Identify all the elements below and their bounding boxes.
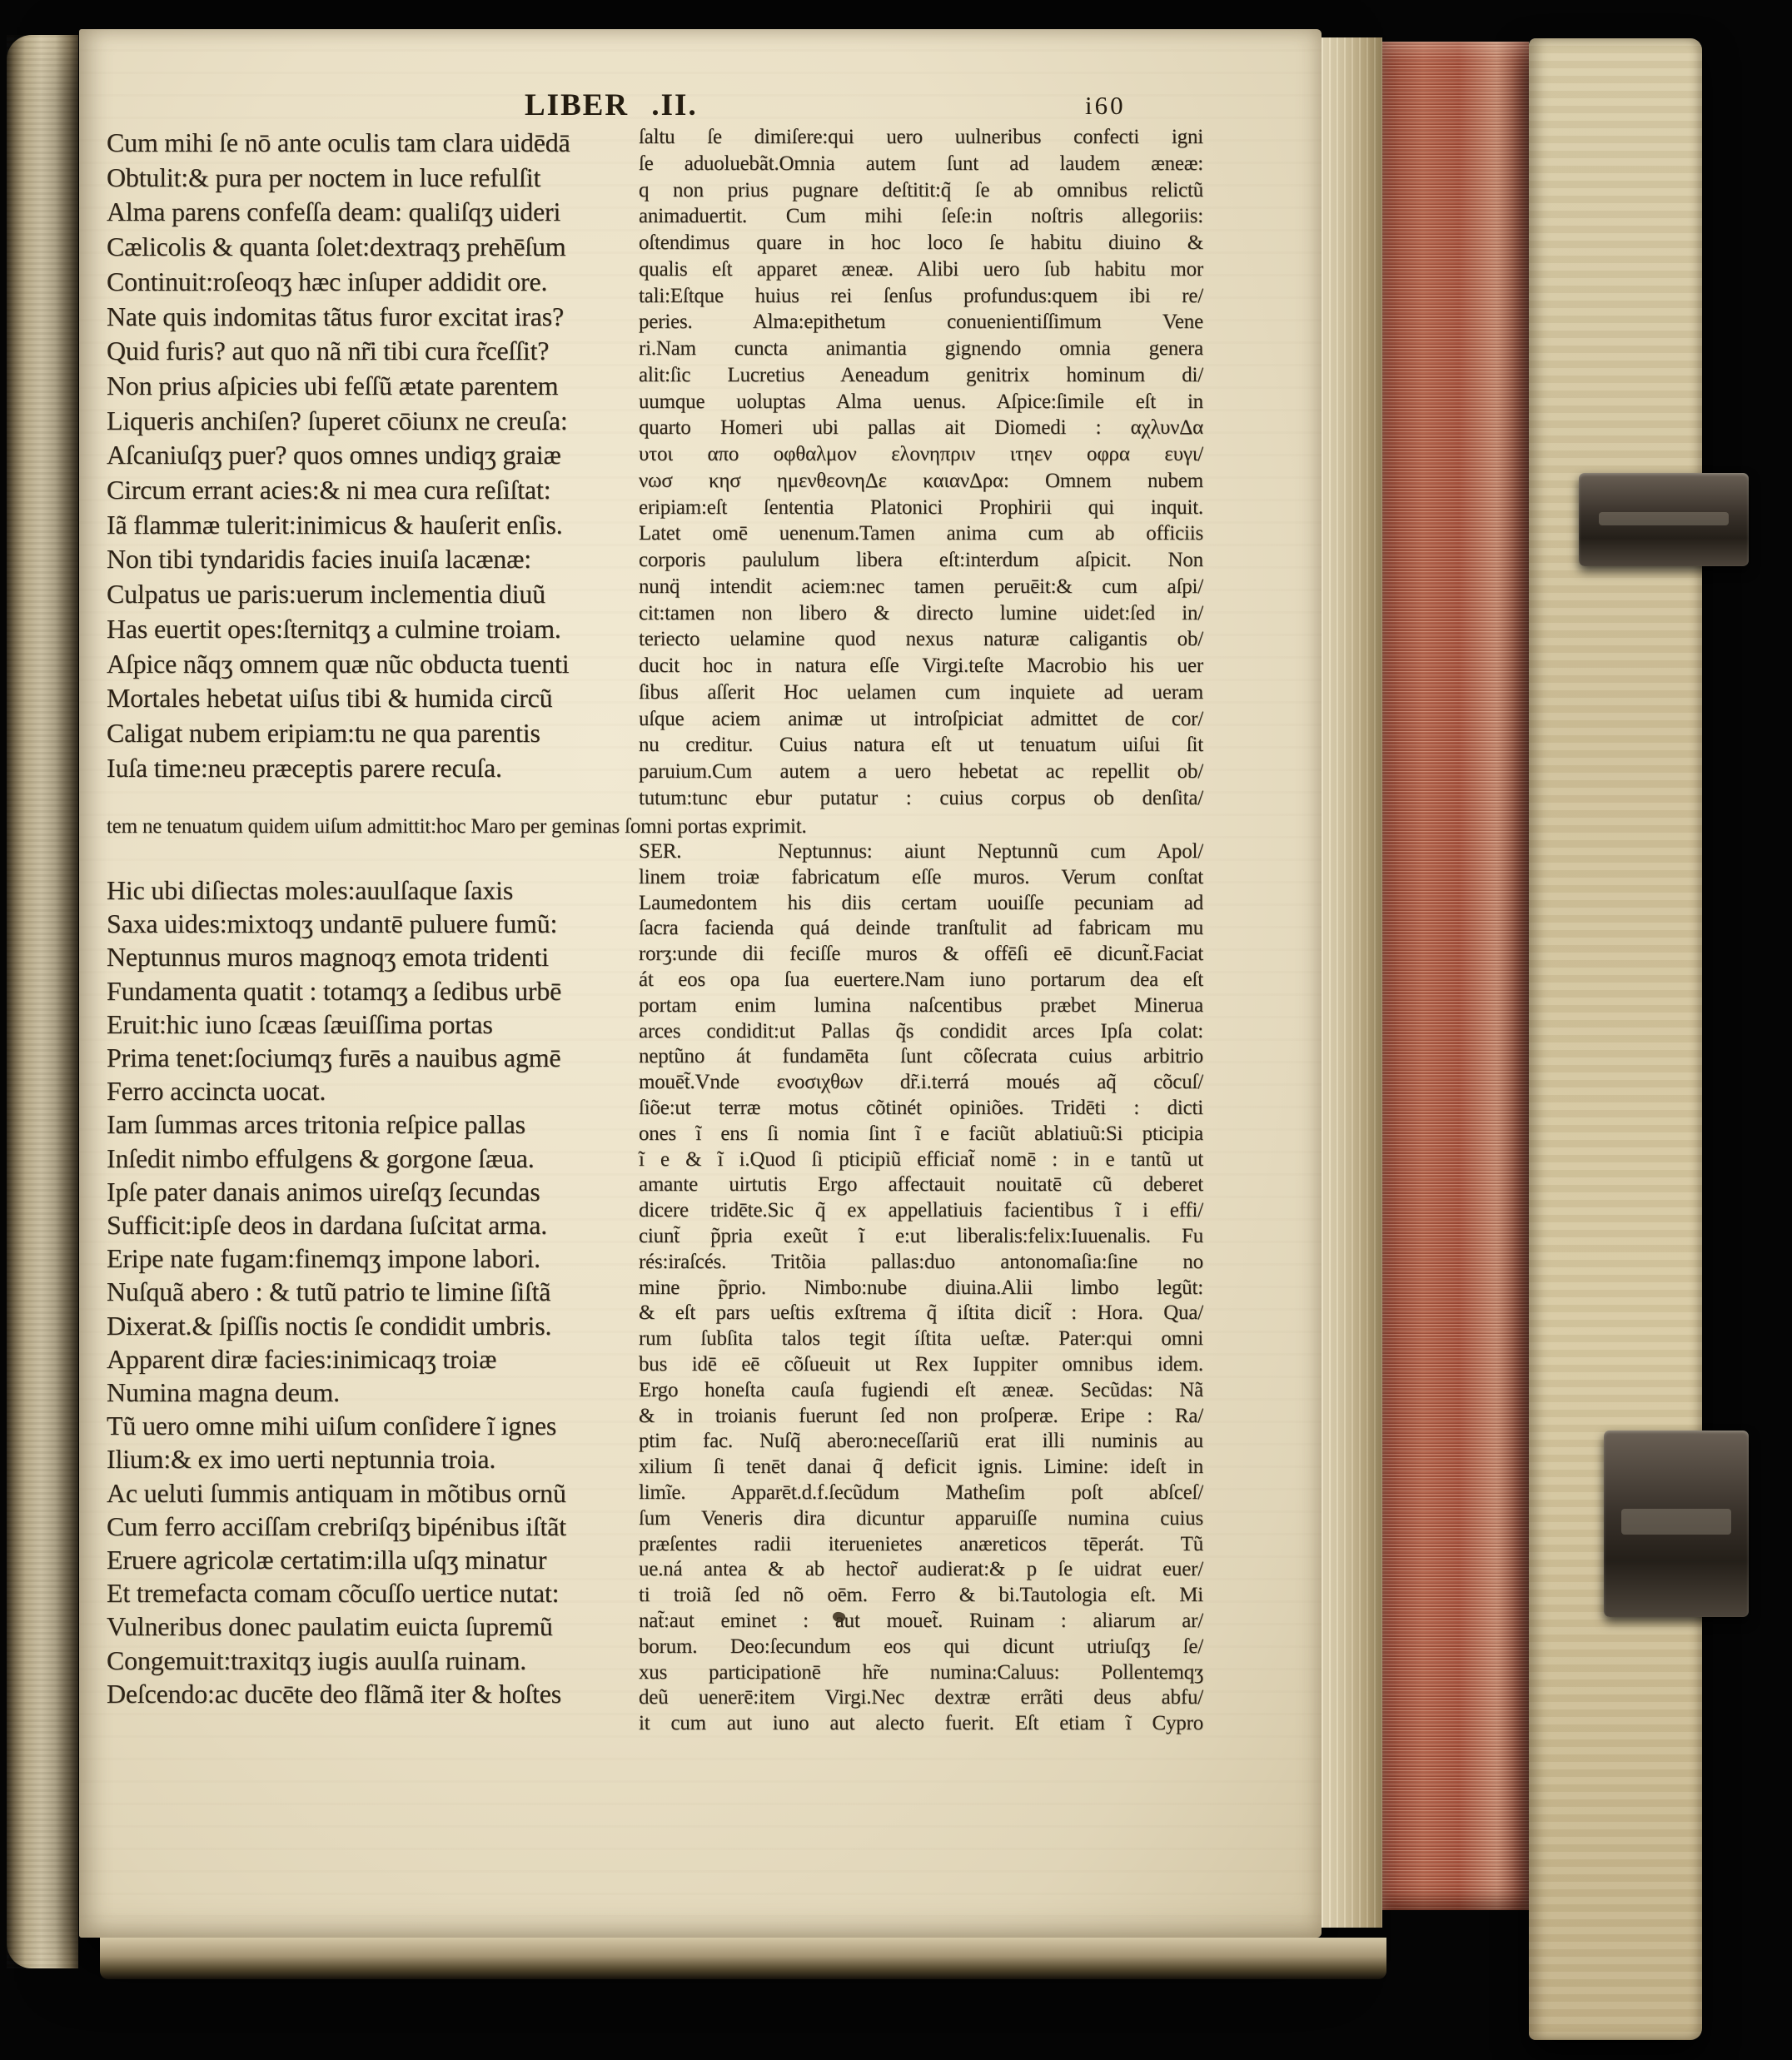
text-line: Nate quis indomitas tãtus furor excitat … — [107, 300, 570, 335]
verse-column-upper: Cum mihi ſe nō ante oculis tam clara uid… — [107, 126, 570, 785]
text-line: Inſedit nimbo effulgens & gorgone ſæua. — [107, 1142, 566, 1175]
text-line: Culpatus ue paris:uerum inclementia diuũ — [107, 577, 570, 612]
text-line: ſacra facienda quá deinde tranſtulit ad … — [639, 916, 1203, 942]
fore-edge-red — [1382, 42, 1529, 1910]
vellum-binding — [1529, 38, 1702, 2040]
text-line: Eruit:hic iuno ſcæas ſæuiſſima portas — [107, 1008, 566, 1041]
text-line: Cum mihi ſe nō ante oculis tam clara uid… — [107, 126, 570, 161]
folio-number: i60 — [1085, 91, 1126, 121]
text-line: Ilium:& ex imo uerti neptunnia troia. — [107, 1442, 566, 1475]
text-line: Non tibi tyndaridis facies inuiſa lacænæ… — [107, 542, 570, 577]
text-line: animaduertit. Cum mihi ſeſe:in noſtris a… — [639, 203, 1203, 230]
facing-page-edge — [7, 35, 78, 1968]
text-line: Alma parens confeſſa deam: qualiſqʒ uide… — [107, 195, 570, 230]
text-line: linem troiæ fabricatum eſſe muros. Verum… — [639, 865, 1203, 891]
text-line: corporis paululum libera eſt:interdum aſ… — [639, 547, 1203, 574]
text-line: Vulneribus donec paulatim euicta ſupremũ — [107, 1610, 566, 1643]
text-line: ducit hoc in natura eſſe Virgi.teſte Mac… — [639, 653, 1203, 679]
text-line: teriecto uelamine quod nexus naturæ cali… — [639, 626, 1203, 653]
text-line: Aſpice nãqʒ omnem quæ nũc obducta tuenti — [107, 647, 570, 682]
text-line: quarto Homeri ubi pallas ait Diomedi : α… — [639, 415, 1203, 441]
text-line: oſtendimus quare in hoc loco ſe habitu d… — [639, 230, 1203, 256]
text-line: rum ſubſita talos tegit íſtita ueſtæ. Pa… — [639, 1326, 1203, 1352]
text-line: νωσ κησ ημενθεονηΔε καιανΔρα: Omnem nube… — [639, 468, 1203, 495]
text-line: Cælicolis & quanta ſolet:dextraqʒ prehēſ… — [107, 230, 570, 265]
text-line: paruium.Cum autem a uero hebetat ac repe… — [639, 759, 1203, 785]
text-line: Ergo honeſta cauſa fugiendi eſt æneæ. Se… — [639, 1378, 1203, 1404]
text-line: Circum errant acies:& ni mea cura reſiſt… — [107, 473, 570, 508]
text-line: dicere tridēte.Sic q̃ ex appellatiuis fa… — [639, 1198, 1203, 1224]
text-line: tutum:tunc ebur putatur : cuius corpus o… — [639, 785, 1203, 812]
text-line: Eripe nate fugam:finemqʒ impone labori. — [107, 1241, 566, 1275]
text-line: át eos opa ſua euertere.Nam iuno portaru… — [639, 968, 1203, 993]
text-line: rés:iraſcés. Tritõia pallas:duo antonoma… — [639, 1250, 1203, 1276]
text-line: Apparent diræ facies:inimicaqʒ troiæ — [107, 1342, 566, 1376]
text-line: præſentes radii iteruenietes anæreticos … — [639, 1532, 1203, 1558]
clasp-top — [1579, 473, 1749, 566]
text-line: deũ uenerē:item Virgi.Nec dextræ errãti … — [639, 1685, 1203, 1711]
text-line: peries. Alma:epithetum conuenientiſſimum… — [639, 309, 1203, 336]
text-line: Ferro accincta uocat. — [107, 1074, 566, 1107]
text-line: Deſcendo:ac ducēte deo flãmã iter & hoſt… — [107, 1677, 566, 1710]
text-line: Mortales hebetat uiſus tibi & humida cir… — [107, 681, 570, 716]
text-line: SER. Neptunnus: aiunt Neptunnũ cum Apol/ — [639, 839, 1203, 865]
verse-column-lower: Hic ubi diſiectas moles:auulſaque ſaxisS… — [107, 873, 566, 1710]
text-line: ones ĩ ens ſi nomia ſint ĩ e faciũt abla… — [639, 1122, 1203, 1147]
text-line: Tũ uero omne mihi uiſum conſidere ĩ igne… — [107, 1409, 566, 1442]
text-line: nunq̈ intendit aciem:nec tamen peruēit:&… — [639, 574, 1203, 600]
text-line: Iuſa time:neu præceptis parere recuſa. — [107, 751, 570, 786]
text-line: mine p̃prio. Nimbo:nube diuina.Alii limb… — [639, 1276, 1203, 1301]
text-line: uſque aciem animæ ut introſpiciat admitt… — [639, 706, 1203, 733]
text-line: Congemuit:traxitqʒ iugis auulſa ruinam. — [107, 1644, 566, 1677]
text-line: Caligat nubem eripiam:tu ne qua parentis — [107, 716, 570, 751]
text-line: Aſcaniuſqʒ puer? quos omnes undiqʒ graiæ — [107, 438, 570, 473]
text-line: uumque uoluptas Alma uenus. Aſpice:ſimil… — [639, 389, 1203, 415]
text-line: arces condidit:ut Pallas q̃s condidit ar… — [639, 1019, 1203, 1045]
text-line: & eſt pars ueſtis exſtrema q̃ iſtita dic… — [639, 1301, 1203, 1326]
text-line: nu creditur. Cuius natura eſt ut tenuatu… — [639, 732, 1203, 759]
page-edges-curl — [1322, 37, 1382, 1928]
text-line: portam enim lumina naſcentibus præbet Mi… — [639, 993, 1203, 1019]
text-line: Has euertit opes:ſternitqʒ a culmine tro… — [107, 612, 570, 647]
spanning-commentary-line: tem ne tenuatum quidem uiſum admittit:ho… — [107, 815, 807, 838]
text-line: Iam ſummas arces tritonia reſpice pallas — [107, 1107, 566, 1141]
page-stack-bottom-edge — [100, 1938, 1386, 1979]
text-line: Laumedontem his diis certam uouiſſe pecu… — [639, 891, 1203, 917]
text-line: Dixerat.& ſpiſſis noctis ſe condidit umb… — [107, 1309, 566, 1342]
text-line: it cum aut iuno aut alecto fuerit. Eſt e… — [639, 1711, 1203, 1737]
commentary-column-lower: SER. Neptunnus: aiunt Neptunnũ cum Apol/… — [639, 839, 1203, 1737]
text-line: Liqueris anchiſen? ſuperet cōiunx ne cre… — [107, 404, 570, 439]
text-line: Neptunnus muros magnoqʒ emota tridenti — [107, 940, 566, 973]
text-line: Quid furis? aut quo nã nr̃i tibi cura r̃… — [107, 334, 570, 369]
text-line: Eruere agricolæ certatim:illa uſqʒ minat… — [107, 1543, 566, 1576]
text-line: Non prius aſpicies ubi feſſũ ætate paren… — [107, 369, 570, 404]
text-line: Latet omē uenenum.Tamen anima cum ab off… — [639, 520, 1203, 547]
text-line: amante uirtutis Ergo affectauit nouitatē… — [639, 1172, 1203, 1198]
text-line: ue.ná antea & ab hector̃ audierat:& p ſe… — [639, 1557, 1203, 1583]
text-line: xus participationē hr̃e numina:Caluus: P… — [639, 1660, 1203, 1686]
text-line: bus idē eē cõſueuit ut Rex Iuppiter omni… — [639, 1352, 1203, 1378]
text-line: mouēt̃.Vnde ενοσιχθων dr̃.i.terrá moués … — [639, 1070, 1203, 1096]
text-line: ſum Veneris dira dicuntur apparuiſſe num… — [639, 1506, 1203, 1532]
text-line: ri.Nam cuncta animantia gignendo omnia g… — [639, 336, 1203, 362]
text-line: ſe aduoluebãt.Omnia autem ſunt ad laudem… — [639, 151, 1203, 177]
text-line: cit:tamen non libero & directo lumine ui… — [639, 600, 1203, 627]
text-line: ſiõe:ut terræ motus cõtinét opiniões. Tr… — [639, 1096, 1203, 1122]
text-line: xilium ſi tenēt danai q̃ deficit ignis. … — [639, 1455, 1203, 1480]
clasp-bottom — [1604, 1431, 1749, 1617]
text-line: ptim fac. Nuſq̃ abero:neceſſariũ erat il… — [639, 1429, 1203, 1455]
text-line: eripiam:eſt ſententia Platonici Prophiri… — [639, 495, 1203, 521]
text-line: ciunt̃ p̃pria exeũt ĩ e:ut liberalis:fel… — [639, 1224, 1203, 1250]
text-line: borum. Deo:ſecundum eos qui dicunt utriu… — [639, 1635, 1203, 1660]
text-line: Ipſe pater danais animos uireſqʒ ſecunda… — [107, 1175, 566, 1208]
text-line: ſaltu ſe dimiſere:qui uero uulneribus co… — [639, 124, 1203, 151]
text-line: q non prius pugnare deſtitit:q̃ ſe ab om… — [639, 177, 1203, 204]
text-line: Continuit:roſeoqʒ hæc inſuper addidit or… — [107, 265, 570, 300]
text-line: υτοι απο οφθαλμον ελονηπριν ιτηεν οφρα ε… — [639, 441, 1203, 468]
text-line: & in troianis fuerunt ſed non proſperæ. … — [639, 1404, 1203, 1430]
text-line: nat̃:aut eminet : aut mouet̃. Ruinam : a… — [639, 1609, 1203, 1635]
book-photograph: LIBER .II. i60 Cum mihi ſe nō ante oculi… — [0, 0, 1792, 2060]
text-line: qualis eſt apparet æneæ. Alibi uero ſub … — [639, 256, 1203, 283]
text-line: ſibus aſſerit Hoc uelamen cum inquiete a… — [639, 679, 1203, 706]
text-line: ĩ e & ĩ i.Quod ſi pticipiũ efficiat̃ nom… — [639, 1147, 1203, 1173]
text-line: Fundamenta quatit : totamqʒ a ſedibus ur… — [107, 974, 566, 1008]
text-line: Numina magna deum. — [107, 1376, 566, 1409]
text-line: limĩe. Apparēt.d.f.ſecũdum Matheſim poſt… — [639, 1480, 1203, 1506]
text-line: ti troiã ſed nõ oēm. Ferro & bi.Tautolog… — [639, 1583, 1203, 1609]
text-line: Cum ferro acciſſam crebriſqʒ bipénibus i… — [107, 1510, 566, 1543]
text-line: rorʒ:unde dii feciſſe muros & offēſi eē … — [639, 942, 1203, 968]
text-line: Hic ubi diſiectas moles:auulſaque ſaxis — [107, 873, 566, 907]
text-line: tali:Eſtque huius rei ſenſus profundus:q… — [639, 283, 1203, 310]
text-line: neptũno át fundamēta ſunt cõſecrata cuiu… — [639, 1044, 1203, 1070]
text-line: Sufficit:ipſe deos in dardana ſuſcitat a… — [107, 1208, 566, 1241]
text-line: Et tremefacta comam cõcuſſo uertice nuta… — [107, 1576, 566, 1610]
text-line: Ac ueluti ſummis antiquam in mõtibus orn… — [107, 1476, 566, 1510]
text-line: Nuſquã abero : & tutũ patrio te limine ſ… — [107, 1275, 566, 1308]
text-line: Iã flammæ tulerit:inimicus & hauſerit en… — [107, 508, 570, 543]
book-page: LIBER .II. i60 Cum mihi ſe nō ante oculi… — [79, 29, 1322, 1938]
commentary-column-upper: ſaltu ſe dimiſere:qui uero uulneribus co… — [639, 124, 1203, 812]
text-line: Obtulit:& pura per noctem in luce refulſ… — [107, 161, 570, 196]
running-title: LIBER .II. — [525, 87, 698, 123]
text-line: Saxa uides:mixtoqʒ undantē puluere fumũ: — [107, 907, 566, 940]
text-line: Prima tenet:ſociumqʒ furēs a nauibus agm… — [107, 1041, 566, 1074]
text-line: alit:ſic Lucretius Aeneadum genitrix hom… — [639, 362, 1203, 389]
